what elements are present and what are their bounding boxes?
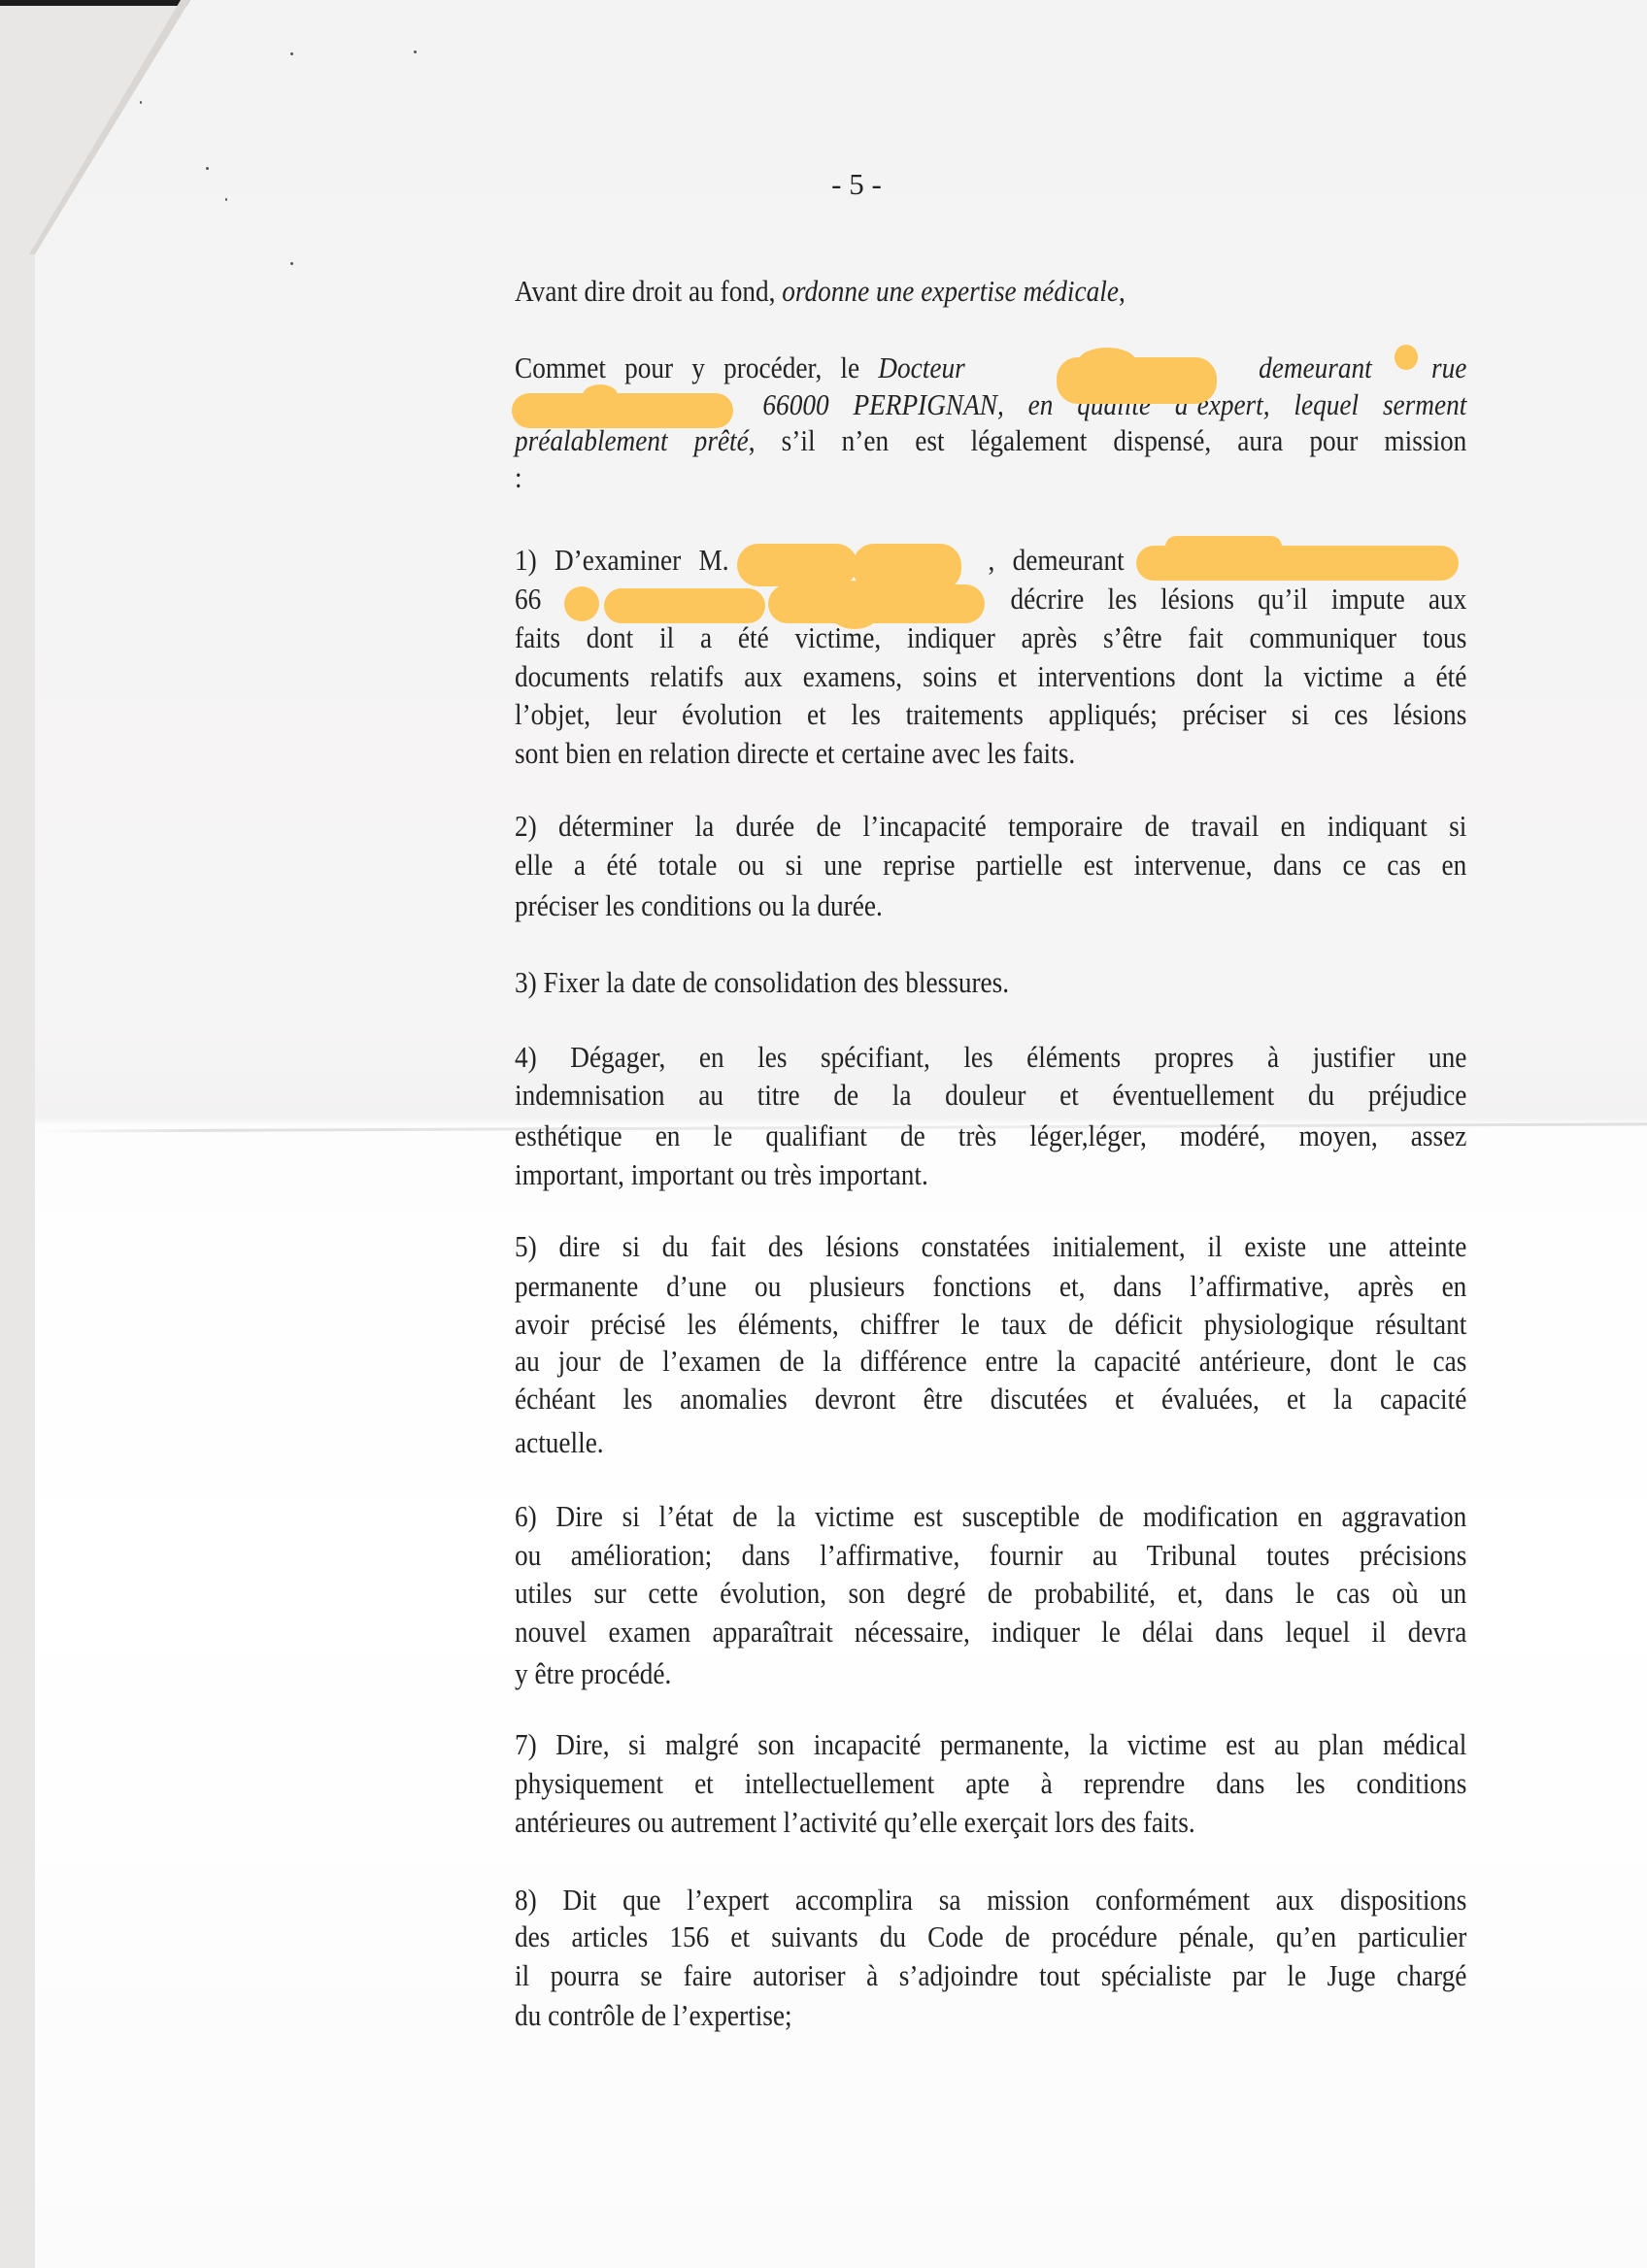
italic-text: préalablement prêté <box>515 423 749 457</box>
italic-text: ordonne une expertise médicale <box>782 274 1119 308</box>
text: il pourra se faire autoriser à s’adjoind… <box>515 1958 1466 1992</box>
italic-text: rue <box>1431 350 1466 384</box>
text: physiquement et intellectuellement apte … <box>515 1766 1466 1800</box>
text: décrire les lésions qu’il impute aux <box>1011 582 1467 616</box>
text: 5) dire si du fait des lésions constatée… <box>515 1229 1466 1263</box>
text-line-mission-6: y être procédé. <box>515 1654 1466 1693</box>
text: 4) Dégager, en les spécifiant, les éléme… <box>515 1040 1466 1074</box>
redaction-blob-name <box>1078 348 1136 377</box>
page-number: - 5 - <box>827 167 886 202</box>
text: au jour de l’examen de la différence ent… <box>515 1344 1466 1378</box>
scan-speck <box>290 52 293 55</box>
text: Avant dire droit au fond, <box>515 274 782 308</box>
text-line-mission-6: utiles sur cette évolution, son degré de… <box>515 1574 1466 1613</box>
text: y être procédé. <box>515 1656 671 1690</box>
text: l’objet, leur évolution et les traitemen… <box>515 697 1466 731</box>
text-line-mission-5: permanente d’une ou plusieurs fonctions … <box>515 1267 1466 1306</box>
text: avoir précisé les éléments, chiffrer le … <box>515 1307 1466 1341</box>
text: , demeurant <box>989 543 1125 577</box>
text-line-mission-6: ou amélioration; dans l’affirmative, fou… <box>515 1536 1466 1575</box>
text-line-mission-4: indemnisation au titre de la douleur et … <box>515 1076 1466 1115</box>
text-line-mission-4: esthétique en le qualifiant de très lége… <box>515 1117 1466 1155</box>
redaction-blob-street <box>512 393 733 428</box>
text: sont bien en relation directe et certain… <box>515 736 1075 770</box>
text: permanente d’une ou plusieurs fonctions … <box>515 1269 1466 1303</box>
text-line-mission-1: sont bien en relation directe et certain… <box>515 734 1466 773</box>
text: 8) Dit que l’expert accomplira sa missio… <box>515 1883 1466 1917</box>
text: 6) Dire si l’état de la victime est susc… <box>515 1499 1466 1533</box>
text-line-mission-8: des articles 156 et suivants du Code de … <box>515 1918 1466 1956</box>
text: du contrôle de l’expertise; <box>515 1998 792 2032</box>
text-line-mission-8: 8) Dit que l’expert accomplira sa missio… <box>515 1881 1466 1919</box>
text-line-mission-5: 5) dire si du fait des lésions constatée… <box>515 1227 1466 1266</box>
scan-speck <box>206 167 209 170</box>
redaction-blob-address <box>1165 536 1282 557</box>
scan-speck <box>290 262 293 265</box>
text: utiles sur cette évolution, son degré de… <box>515 1576 1466 1610</box>
scan-speck <box>225 198 227 201</box>
redaction-blob-postcode-city <box>604 588 765 623</box>
text: 3) Fixer la date de consolidation des bl… <box>515 965 1009 999</box>
text-line-mission-4: 4) Dégager, en les spécifiant, les éléme… <box>515 1038 1466 1077</box>
text: 66 <box>515 582 541 616</box>
scanner-edge <box>0 0 194 6</box>
scan-speck <box>414 50 417 53</box>
text-line-mission-6: 6) Dire si l’état de la victime est susc… <box>515 1497 1466 1536</box>
redaction-blob-person <box>737 544 857 586</box>
italic-text: Docteur <box>878 350 964 384</box>
text: préciser les conditions ou la durée. <box>515 888 883 922</box>
text: antérieures ou autrement l’activité qu’e… <box>515 1805 1195 1839</box>
text: indemnisation au titre de la douleur et … <box>515 1078 1466 1112</box>
text: nouvel examen apparaîtrait nécessaire, i… <box>515 1615 1466 1649</box>
text-line-mission-2: elle a été totale ou si une reprise part… <box>515 846 1466 884</box>
text: important, important ou très important. <box>515 1157 928 1191</box>
text-line-designation-expert: : <box>515 458 1466 497</box>
text: échéant les anomalies devront être discu… <box>515 1382 1466 1416</box>
redaction-blob-postcode-city <box>825 581 884 629</box>
text-line-mission-1: l’objet, leur évolution et les traitemen… <box>515 695 1466 734</box>
redaction-blob-postcode-city <box>564 586 599 621</box>
redaction-blob-street <box>583 384 618 406</box>
text: ou amélioration; dans l’affirmative, fou… <box>515 1538 1466 1572</box>
text: actuelle. <box>515 1425 604 1459</box>
text: des articles 156 et suivants du Code de … <box>515 1919 1466 1953</box>
text: esthétique en le qualifiant de très lége… <box>515 1118 1466 1152</box>
redacted-number <box>1391 368 1413 378</box>
text-line-mission-5: au jour de l’examen de la différence ent… <box>515 1342 1466 1381</box>
text-line-mission-8: il pourra se faire autoriser à s’adjoind… <box>515 1956 1466 1995</box>
text-line-mission-5: avoir précisé les éléments, chiffrer le … <box>515 1305 1466 1344</box>
text-line-mission-2: préciser les conditions ou la durée. <box>515 886 1466 925</box>
text-line-mission-3: 3) Fixer la date de consolidation des bl… <box>515 963 1466 1002</box>
text: 1) D’examiner M. <box>515 543 729 577</box>
text-line-mission-7: physiquement et intellectuellement apte … <box>515 1764 1466 1803</box>
scan-speck <box>140 101 142 104</box>
text: , s’il n’en est légalement dispensé, aur… <box>749 423 1467 457</box>
text-line-mission-5: actuelle. <box>515 1423 1466 1462</box>
text: : <box>515 460 522 494</box>
text-line-mission-7: 7) Dire, si malgré son incapacité perman… <box>515 1725 1466 1764</box>
text-line-designation-expert: Commet pour y procéder, le Docteur demeu… <box>515 349 1466 387</box>
text: documents relatifs aux examens, soins et… <box>515 659 1466 693</box>
text: 7) Dire, si malgré son incapacité perman… <box>515 1727 1466 1761</box>
text: Commet pour y procéder, le <box>515 350 878 384</box>
text: elle a été totale ou si une reprise part… <box>515 848 1466 882</box>
text: faits dont il a été victime, indiquer ap… <box>515 620 1466 654</box>
text-line-mission-1: faits dont il a été victime, indiquer ap… <box>515 618 1466 657</box>
text-line-mission-1: documents relatifs aux examens, soins et… <box>515 657 1466 696</box>
text-line-mission-5: échéant les anomalies devront être discu… <box>515 1380 1466 1418</box>
text-line-intro: Avant dire droit au fond, ordonne une ex… <box>515 272 1466 311</box>
text: , <box>1119 274 1126 308</box>
text-line-mission-8: du contrôle de l’expertise; <box>515 1996 1466 2035</box>
text-line-mission-4: important, important ou très important. <box>515 1155 1466 1194</box>
text: 2) déterminer la durée de l’incapacité t… <box>515 809 1466 843</box>
redaction-blob-number <box>1395 345 1418 370</box>
text-line-mission-2: 2) déterminer la durée de l’incapacité t… <box>515 807 1466 846</box>
italic-text: demeurant <box>1259 350 1372 384</box>
text-line-mission-6: nouvel examen apparaîtrait nécessaire, i… <box>515 1613 1466 1651</box>
text-line-mission-7: antérieures ou autrement l’activité qu’e… <box>515 1803 1466 1842</box>
